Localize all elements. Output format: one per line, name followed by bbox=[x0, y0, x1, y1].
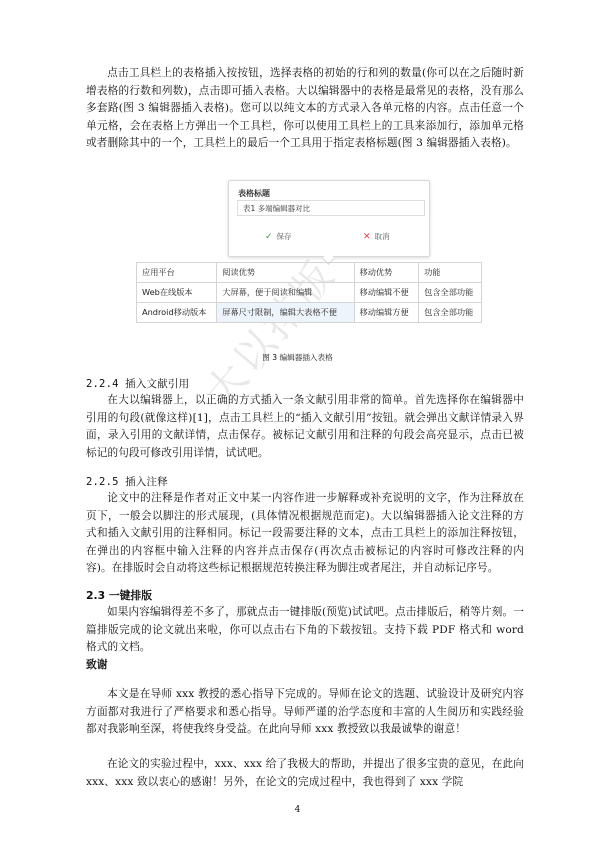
table-cell[interactable]: Android移动版本 bbox=[137, 303, 217, 323]
cancel-label: 取消 bbox=[375, 232, 390, 241]
acknowledgement-para-1: 本文是在导师 xxx 教授的悉心指导下完成的。导师在论文的选题、试验设计及研究内… bbox=[86, 686, 524, 739]
checkmark-icon: ✓ bbox=[265, 232, 273, 242]
acknowledgement-heading: 致谢 bbox=[86, 657, 108, 673]
section-2-2-5-text: 论文中的注释是作者对正文中某一内容作进一步解释或补充说明的文字，作为注释放在页下… bbox=[86, 492, 524, 574]
table-cell[interactable]: 包含全部功能 bbox=[419, 303, 482, 323]
section-2-2-4-text: 在大以编辑器上，以正确的方式插入一条文献引用非常的简单。首先选择你在编辑器中引用… bbox=[86, 394, 524, 459]
table-cell[interactable]: 大屏幕，便于阅读和编辑 bbox=[217, 283, 354, 303]
section-2-2-5-body: 论文中的注释是作者对正文中某一内容作进一步解释或补充说明的文字，作为注释放在页下… bbox=[86, 490, 524, 578]
section-heading-2-2-4: 2.2.4 插入文献引用 bbox=[86, 376, 189, 392]
acknowledgement-para-2-text: 在论文的实验过程中，xxx、xxx 给了我极大的帮助，并提出了很多宝贵的意见，在… bbox=[86, 758, 524, 788]
section-2-3-body: 如果内容编辑得差不多了，那就点击一键排版(预览)试试吧。点击排版后，稍等片刻。一… bbox=[86, 604, 524, 657]
table-cell-selected[interactable]: 屏幕尺寸限制，编辑大表格不便 bbox=[217, 303, 354, 323]
save-label: 保存 bbox=[277, 232, 292, 241]
section-2-2-4-body: 在大以编辑器上，以正确的方式插入一条文献引用非常的简单。首先选择你在编辑器中引用… bbox=[86, 392, 524, 462]
intro-paragraph: 点击工具栏上的表格插入按按钮，选择表格的初始的行和列的数量(你可以在之后随时新增… bbox=[86, 65, 524, 153]
table-cell[interactable]: 移动编辑不便 bbox=[354, 283, 419, 303]
table-header-cell[interactable]: 应用平台 bbox=[137, 263, 217, 283]
table-row: Android移动版本 屏幕尺寸限制，编辑大表格不便 移动编辑方便 包含全部功能 bbox=[137, 303, 482, 323]
acknowledgement-para-2: 在论文的实验过程中，xxx、xxx 给了我极大的帮助，并提出了很多宝贵的意见，在… bbox=[86, 756, 524, 791]
save-button[interactable]: ✓保存 bbox=[265, 231, 292, 242]
section-heading-2-3: 2.3 一键排版 bbox=[86, 588, 152, 604]
table-row: Web在线版本 大屏幕，便于阅读和编辑 移动编辑不便 包含全部功能 bbox=[137, 283, 482, 303]
table-header-cell[interactable]: 功能 bbox=[419, 263, 482, 283]
table-cell[interactable]: 包含全部功能 bbox=[419, 283, 482, 303]
table-header-cell[interactable]: 移动优势 bbox=[354, 263, 419, 283]
page-number: 4 bbox=[0, 805, 595, 815]
document-page: 大以排版 点击工具栏上的表格插入按按钮，选择表格的初始的行和列的数量(你可以在之… bbox=[0, 0, 595, 842]
table-cell[interactable]: Web在线版本 bbox=[137, 283, 217, 303]
table-title-label: 表格标题 bbox=[238, 188, 270, 199]
intro-paragraph-text: 点击工具栏上的表格插入按按钮，选择表格的初始的行和列的数量(你可以在之后随时新增… bbox=[86, 67, 524, 149]
table-header-row: 应用平台 阅读优势 移动优势 功能 bbox=[137, 263, 482, 283]
acknowledgement-para-1-text: 本文是在导师 xxx 教授的悉心指导下完成的。导师在论文的选题、试验设计及研究内… bbox=[86, 688, 524, 735]
comparison-table: 应用平台 阅读优势 移动优势 功能 Web在线版本 大屏幕，便于阅读和编辑 移动… bbox=[136, 262, 482, 323]
close-icon: ✕ bbox=[363, 232, 371, 242]
table-header-cell[interactable]: 阅读优势 bbox=[217, 263, 354, 283]
figure-caption: 图 3 编辑器插入表格 bbox=[0, 352, 595, 363]
section-heading-2-2-5: 2.2.5 插入注释 bbox=[86, 474, 168, 490]
table-cell[interactable]: 移动编辑方便 bbox=[354, 303, 419, 323]
cancel-button[interactable]: ✕取消 bbox=[363, 231, 390, 242]
table-title-input[interactable]: 表1 多端编辑器对比 bbox=[237, 200, 425, 216]
table-title-popup: 表格标题 表1 多端编辑器对比 ✓保存 ✕取消 bbox=[228, 180, 430, 257]
section-2-3-text: 如果内容编辑得差不多了，那就点击一键排版(预览)试试吧。点击排版后，稍等片刻。一… bbox=[86, 606, 524, 653]
figure-editor-table: 表格标题 表1 多端编辑器对比 ✓保存 ✕取消 应用平台 阅读优势 移动优势 功… bbox=[136, 180, 482, 330]
